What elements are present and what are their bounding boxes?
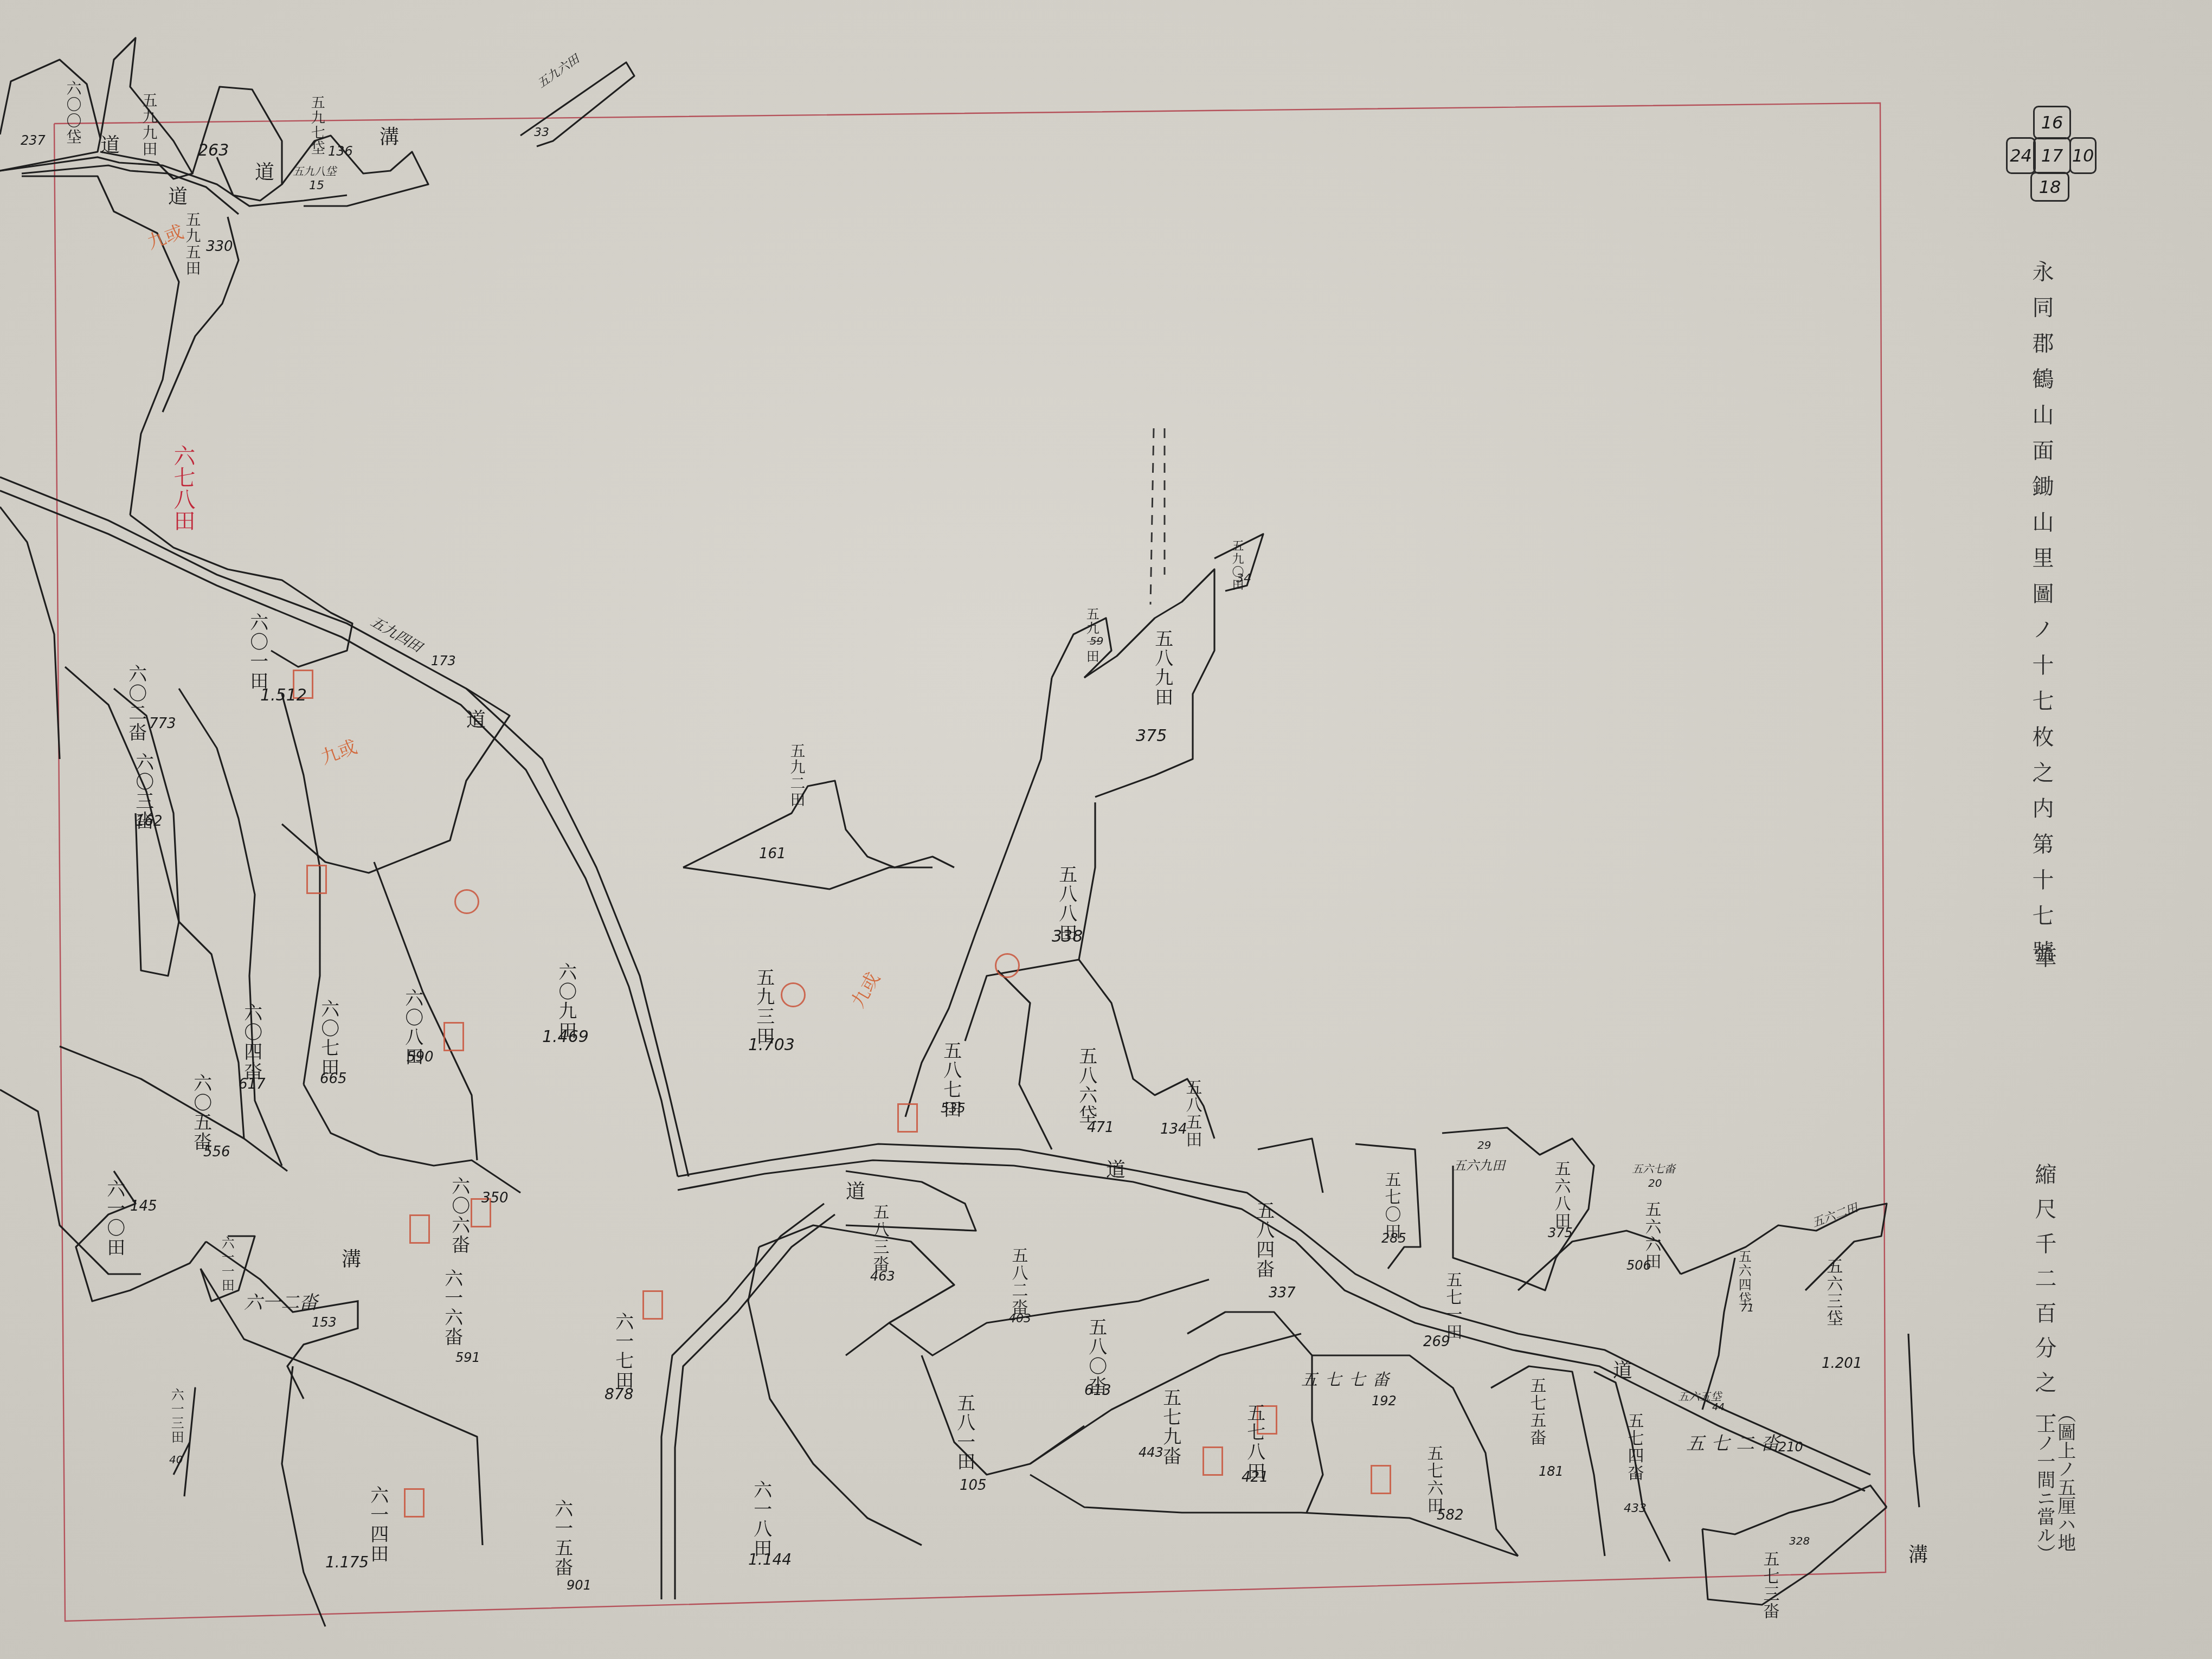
parcel-lot-number: 五九三田 — [754, 968, 773, 1046]
parcel-area: 237 — [21, 133, 46, 148]
parcel-lot-number: 五六七畓 — [1632, 1160, 1675, 1176]
parcel-area: 1.144 — [748, 1551, 792, 1568]
parcel-lot-number: 五七一田 — [1444, 1271, 1461, 1341]
parcel-lot-number: 六〇一田 — [247, 613, 267, 691]
parcel-lot-number: 五七二畓 — [1686, 1429, 1786, 1455]
parcel-area: 338 — [1052, 927, 1083, 946]
parcel-area: 71 — [1740, 1301, 1754, 1314]
parcel-lot-number: 六一三田 — [169, 1388, 183, 1444]
parcel-lot-number: 五六四垈 — [1737, 1250, 1750, 1306]
parcel-area: 773 — [149, 716, 176, 732]
round-seal-stamp — [995, 953, 1020, 978]
red-lot-label: 六七八田 — [171, 445, 194, 531]
index-cell-center: 17 — [2033, 137, 2071, 174]
parcel-area: 613 — [1084, 1382, 1111, 1399]
parcel-area: 105 — [960, 1477, 987, 1494]
adjacent-sheet-index: 16 24 17 10 18 — [2006, 106, 2098, 203]
sheet-title: 永同郡鶴山面鋤山里圖ノ十七枚之内第十七號 — [2030, 260, 2052, 976]
red-seal-stamp — [1203, 1446, 1223, 1476]
parcel-area: 403 — [1008, 1312, 1031, 1326]
cadastral-map-sheet: 六七八田 九或 九或 九或 道 道 道 溝 道 道 道 溝 道 溝 六〇〇垈 2… — [0, 0, 2212, 1659]
parcel-area: 421 — [1242, 1469, 1269, 1486]
red-seal-stamp — [897, 1103, 918, 1133]
parcel-area: 556 — [203, 1144, 230, 1160]
parcel-lot-number: 六一五畓 — [552, 1499, 571, 1577]
parcel-area: 337 — [1269, 1285, 1296, 1301]
parcel-area: 1.175 — [325, 1553, 369, 1571]
parcel-area: 34 — [1236, 572, 1251, 586]
parcel-area: 136 — [328, 144, 353, 159]
round-seal-stamp — [781, 982, 806, 1007]
parcel-area: 463 — [870, 1269, 895, 1284]
index-cell-east: 10 — [2069, 137, 2097, 174]
scale-note-line1: （圖上ノ五厘ハ地 — [2055, 1404, 2074, 1552]
parcel-lot-number: 五六八田 — [1552, 1160, 1570, 1230]
parcel-lot-number: 五九二田 — [789, 743, 805, 808]
parcel-lot-number: 五九五田 — [184, 211, 200, 276]
red-seal-stamp — [642, 1290, 663, 1320]
parcel-lot-number: 六一〇田 — [104, 1179, 124, 1257]
road-label: 道 — [466, 705, 486, 732]
parcel-area: 210 — [1778, 1439, 1803, 1455]
parcel-area: 433 — [1624, 1502, 1647, 1515]
parcel-area: 506 — [1626, 1258, 1651, 1273]
parcel-area: 285 — [1381, 1231, 1406, 1246]
parcel-area: 134 — [1160, 1121, 1187, 1137]
parcel-lot-number: 六一一田 — [220, 1236, 233, 1293]
red-seal-stamp — [306, 865, 327, 894]
ditch-label: 溝 — [380, 122, 399, 150]
parcel-area: 330 — [206, 239, 233, 255]
parcel-area: 591 — [455, 1350, 480, 1365]
index-cell-north: 16 — [2033, 106, 2071, 139]
parcel-area: 269 — [1423, 1334, 1450, 1350]
parcel-area: 40 — [169, 1453, 183, 1466]
parcel-lot-number: 五八四畓 — [1253, 1201, 1273, 1279]
red-seal-stamp — [404, 1488, 425, 1517]
parcel-lot-number: 五六九田 — [1453, 1155, 1505, 1174]
red-seal-stamp — [409, 1214, 430, 1244]
parcel-boundaries — [0, 0, 2212, 1659]
parcel-area: 1.703 — [748, 1036, 795, 1054]
parcel-area: 328 — [1789, 1534, 1810, 1547]
parcel-lot-number: 五八五田 — [1184, 1079, 1201, 1148]
red-seal-stamp — [443, 1022, 464, 1051]
parcel-lot-number: 五六三垈 — [1824, 1258, 1842, 1327]
parcel-lot-number: 六一四田 — [368, 1486, 387, 1564]
parcel-area: 173 — [431, 653, 456, 668]
scale-label: 縮尺千二百分之一 — [2033, 1163, 2055, 1441]
parcel-lot-number: 五八六垈 — [1076, 1046, 1096, 1124]
parcel-area: 1.512 — [260, 686, 307, 705]
parcel-area: 44 — [1712, 1401, 1725, 1413]
parcel-area: 59 — [1090, 634, 1103, 647]
parcel-area: 617 — [239, 1076, 266, 1092]
parcel-area: 153 — [312, 1315, 337, 1330]
parcel-lot-number: 六〇二畓 — [126, 664, 145, 742]
parcel-area: 20 — [1648, 1176, 1662, 1189]
road-label: 道 — [1106, 1155, 1126, 1182]
ditch-label: 溝 — [1908, 1540, 1928, 1567]
parcel-lot-number: 五八三畓 — [871, 1204, 888, 1273]
parcel-lot-number: 六〇四畓 — [241, 1003, 261, 1081]
parcel-area: 535 — [941, 1101, 966, 1116]
parcel-area: 181 — [1539, 1464, 1564, 1479]
index-cell-south: 18 — [2030, 172, 2069, 202]
parcel-lot-number: 五七四畓 — [1625, 1412, 1643, 1482]
parcel-area: 145 — [130, 1198, 157, 1214]
parcel-lot-number: 六〇〇垈 — [65, 80, 81, 145]
parcel-area: 29 — [1477, 1139, 1491, 1152]
parcel-lot-number: 六〇六畓 — [449, 1176, 468, 1255]
parcel-area: 33 — [534, 126, 549, 139]
parcel-lot-number: 五七〇田 — [1382, 1171, 1400, 1240]
parcel-area: 192 — [1372, 1393, 1397, 1409]
road-label: 道 — [1613, 1355, 1632, 1383]
parcel-area: 162 — [136, 813, 163, 829]
parcel-area: 15 — [309, 179, 324, 192]
parcel-lot-number: 五七五畓 — [1528, 1377, 1545, 1446]
parcel-area: 263 — [198, 141, 229, 160]
parcel-area: 878 — [605, 1385, 633, 1403]
parcel-area: 1.469 — [542, 1027, 589, 1046]
parcel-area: 350 — [481, 1190, 509, 1206]
index-cell-west: 24 — [2006, 137, 2036, 174]
parcel-lot-number: 六一七田 — [613, 1312, 632, 1390]
scale-note-line2: 上ノ一間ニ當ル） — [2034, 1415, 2054, 1562]
parcel-lot-number: 五八一田 — [954, 1393, 974, 1471]
parcel-area: 665 — [320, 1071, 347, 1087]
parcel-lot-number: 六一二畓 — [244, 1288, 318, 1314]
round-seal-stamp — [454, 889, 479, 914]
parcel-area: 443 — [1139, 1445, 1163, 1460]
road-label: 道 — [255, 157, 274, 185]
parcel-area: 161 — [759, 846, 786, 862]
parcel-area: 375 — [1136, 726, 1167, 745]
parcel-lot-number: 五九七垈 — [309, 95, 324, 156]
parcel-lot-number: 五七六田 — [1425, 1445, 1442, 1514]
road-label: 道 — [168, 182, 188, 209]
draftsman-mark: 筆 — [2033, 946, 2055, 982]
parcel-area: 375 — [1548, 1225, 1573, 1240]
parcel-area: 582 — [1437, 1507, 1464, 1523]
parcel-area: 1.201 — [1822, 1355, 1862, 1372]
parcel-lot-number: 五七七畓 — [1301, 1366, 1397, 1390]
red-seal-stamp — [1371, 1465, 1391, 1494]
parcel-lot-number: 六〇七田 — [318, 999, 338, 1077]
parcel-area: 901 — [567, 1578, 591, 1593]
parcel-lot-number: 六〇五畓 — [191, 1073, 210, 1152]
parcel-lot-number: 五七三畓 — [1761, 1551, 1778, 1620]
parcel-lot-number: 五九八垈 — [293, 163, 336, 178]
parcel-lot-number: 五九九田 — [141, 92, 157, 157]
parcel-lot-number: 六一八田 — [751, 1480, 770, 1558]
parcel-lot-number: 五八九田 — [1152, 629, 1172, 707]
parcel-area: 590 — [407, 1049, 434, 1065]
road-label: 道 — [846, 1176, 865, 1204]
road-label: 道 — [100, 130, 120, 158]
parcel-area: 471 — [1087, 1120, 1114, 1136]
parcel-lot-number: 五八二畓 — [1009, 1247, 1027, 1316]
parcel-lot-number: 六一六畓 — [442, 1269, 461, 1347]
ditch-label: 溝 — [342, 1244, 361, 1272]
